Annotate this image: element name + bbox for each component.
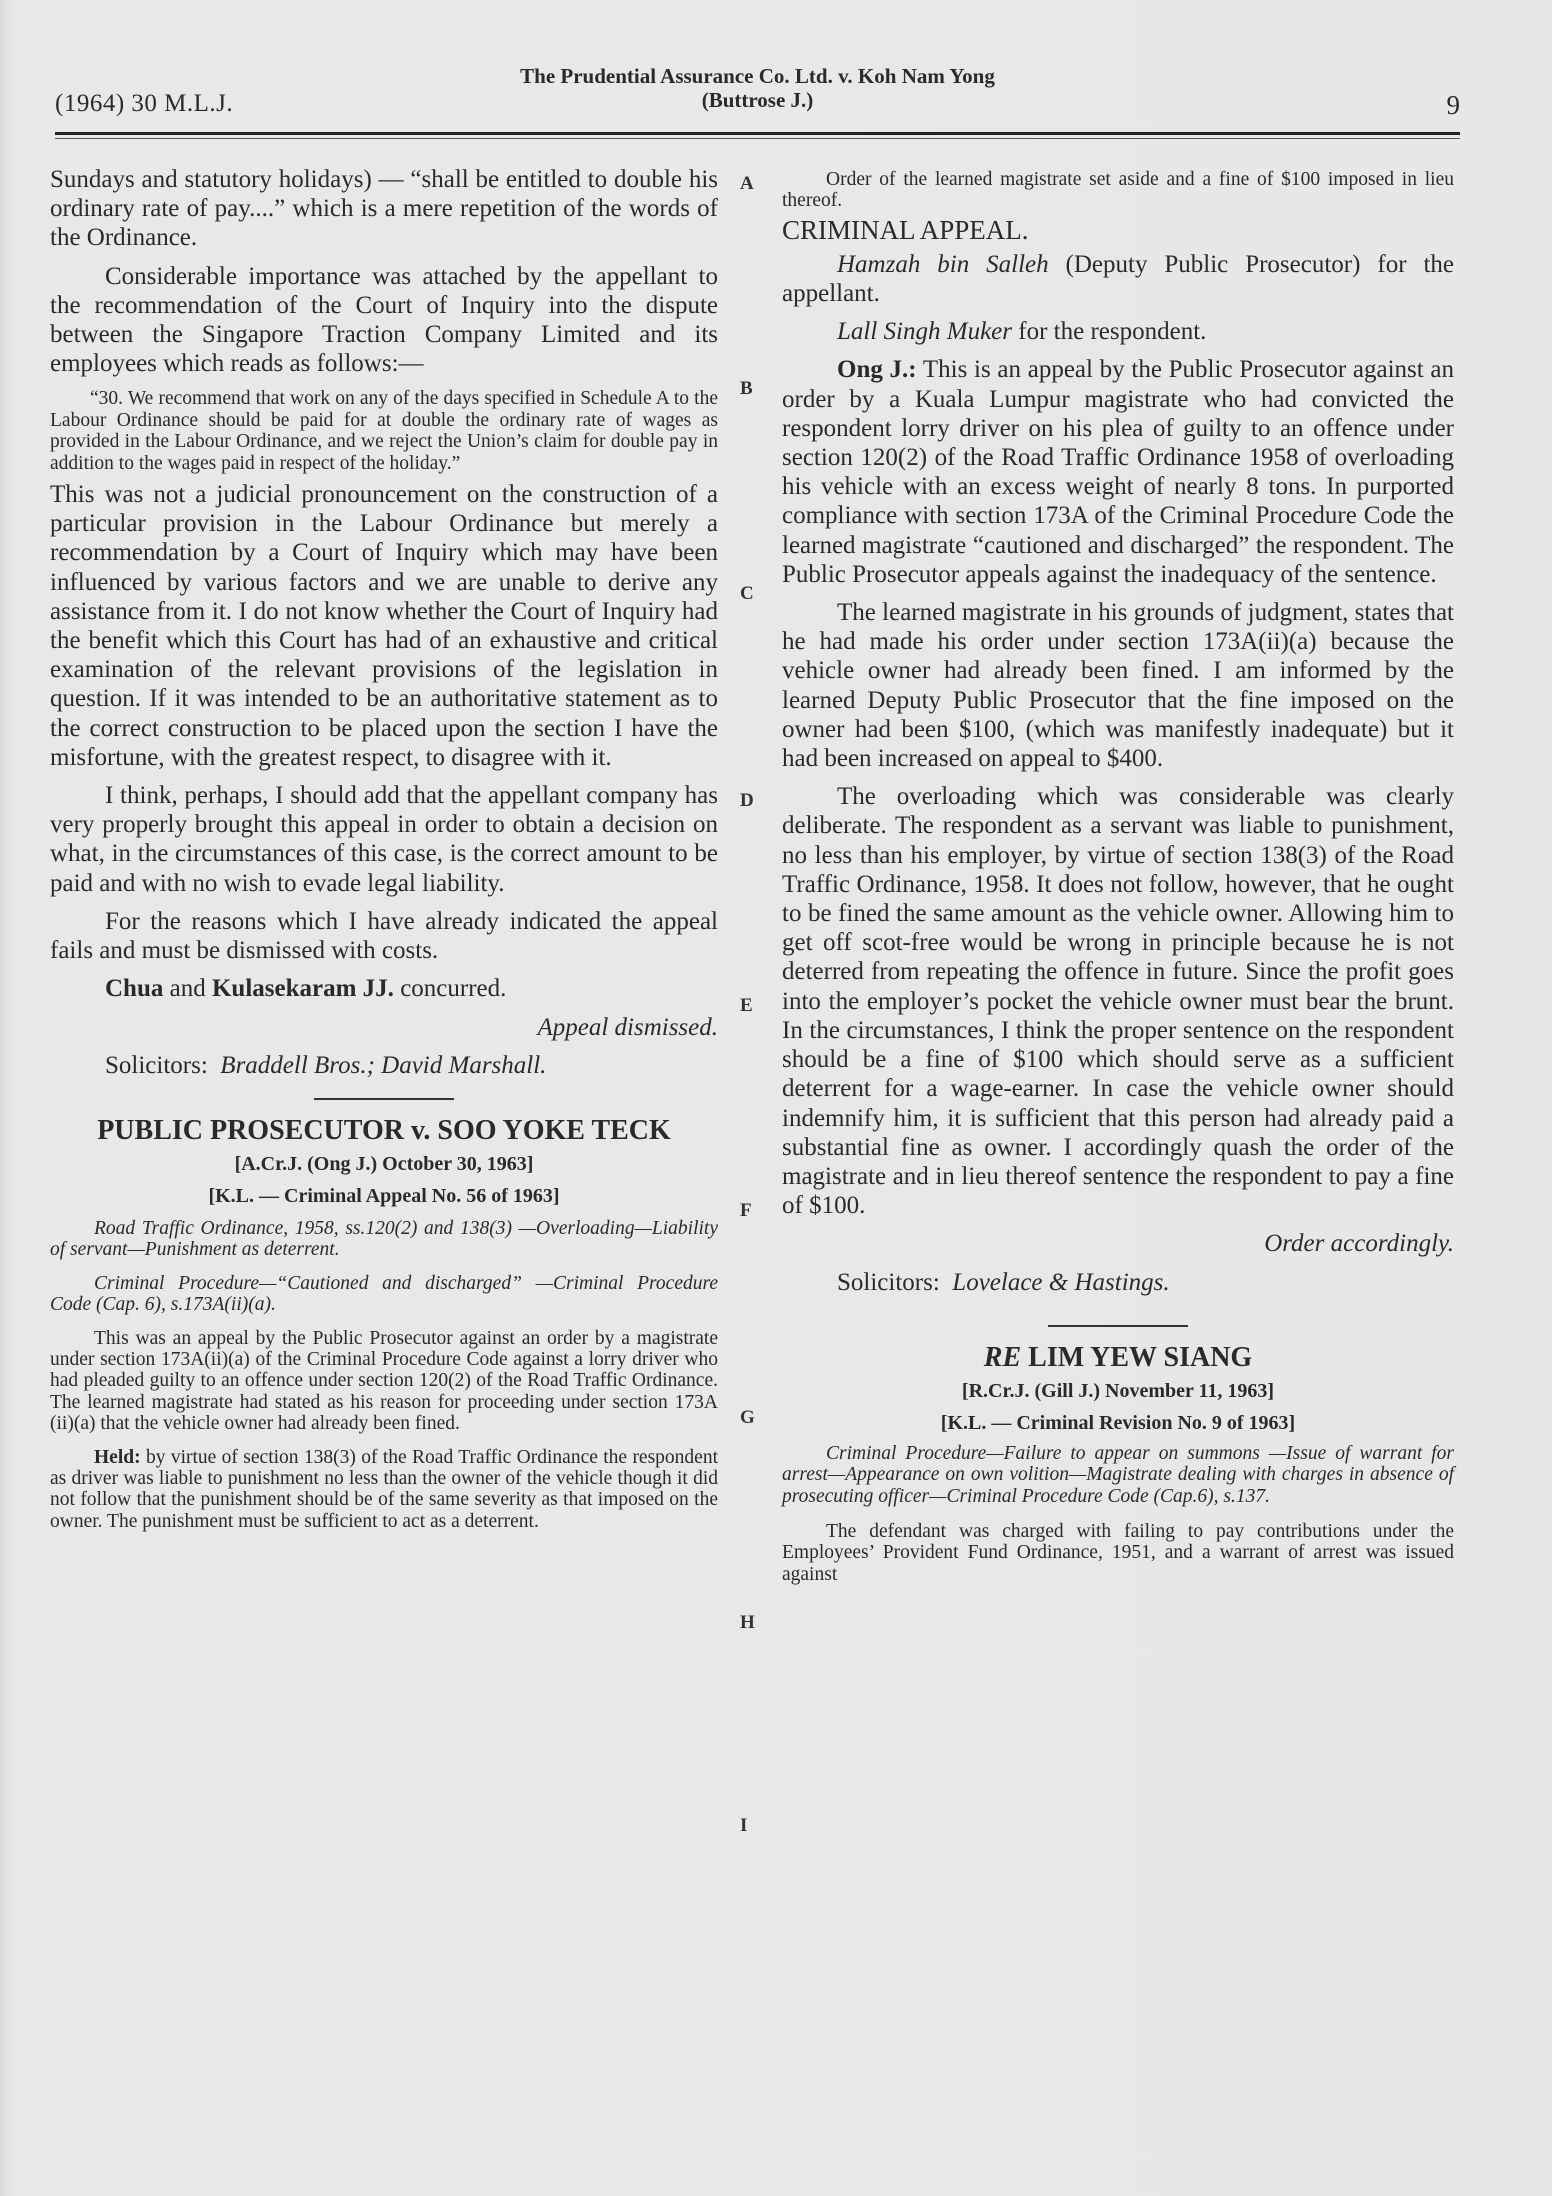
margin-letter-b: B <box>740 378 753 400</box>
margin-letter-i: I <box>740 1815 747 1837</box>
case-court-date: [A.Cr.J. (Ong J.) October 30, 1963] <box>50 1148 718 1180</box>
case-title: RE LIM YEW SIANG <box>782 1341 1454 1375</box>
block-quote: “30. We recommend that work on any of th… <box>50 388 718 474</box>
order-summary: Order of the learned magistrate set asid… <box>782 169 1454 212</box>
judgment-paragraph: Ong J.: This is an appeal by the Public … <box>782 355 1454 589</box>
solicitors: Solicitors: Braddell Bros.; David Marsha… <box>50 1051 718 1080</box>
case-title: PUBLIC PROSECUTOR v. SOO YOKE TECK <box>50 1114 718 1148</box>
margin-letter-c: C <box>740 583 754 605</box>
page-number: 9 <box>1447 90 1461 121</box>
judgment-paragraph: The learned magistrate in his grounds of… <box>782 598 1454 773</box>
margin-letter-e: E <box>740 995 753 1017</box>
counsel-appellant: Hamzah bin Salleh (Deputy Public Prosecu… <box>782 250 1454 308</box>
paragraph: For the reasons which I have already ind… <box>50 907 718 965</box>
margin-letter-h: H <box>740 1612 755 1634</box>
headnote: The defendant was charged with failing t… <box>782 1521 1454 1585</box>
margin-letter-f: F <box>740 1200 752 1222</box>
case-number: [K.L. — Criminal Revision No. 9 of 1963] <box>782 1407 1454 1439</box>
case-number: [K.L. — Criminal Appeal No. 56 of 1963] <box>50 1180 718 1212</box>
catchwords: Criminal Procedure—Failure to appear on … <box>782 1443 1454 1507</box>
disposition: Appeal dismissed. <box>50 1013 718 1042</box>
running-title: The Prudential Assurance Co. Ltd. v. Koh… <box>55 64 1460 112</box>
counsel-respondent: Lall Singh Muker for the respondent. <box>782 317 1454 346</box>
paragraph: This was not a judicial pronouncement on… <box>50 480 718 772</box>
case-court-date: [R.Cr.J. (Gill J.) November 11, 1963] <box>782 1375 1454 1407</box>
margin-letter-a: A <box>740 173 754 195</box>
paragraph: I think, perhaps, I should add that the … <box>50 781 718 898</box>
catchwords: Road Traffic Ordinance, 1958, ss.120(2) … <box>50 1218 718 1261</box>
header-rule-thin <box>55 138 1460 139</box>
proceeding-type: CRIMINAL APPEAL. <box>782 214 1454 246</box>
section-divider <box>1048 1325 1188 1327</box>
running-header: (1964) 30 M.L.J. The Prudential Assuranc… <box>55 62 1460 132</box>
section-divider <box>314 1098 454 1100</box>
judgment-paragraph: The overloading which was considerable w… <box>782 782 1454 1220</box>
left-column: Sundays and statutory holidays) — “shall… <box>50 165 718 1532</box>
solicitors: Solicitors: Lovelace & Hastings. <box>782 1268 1454 1297</box>
margin-letter-g: G <box>740 1407 755 1429</box>
paragraph: Considerable importance was attached by … <box>50 262 718 379</box>
catchwords: Criminal Procedure—“Cautioned and discha… <box>50 1273 718 1316</box>
right-column: Order of the learned magistrate set asid… <box>782 165 1454 1585</box>
running-title-line2: (Buttrose J.) <box>55 88 1460 112</box>
headnote: This was an appeal by the Public Prosecu… <box>50 1328 718 1435</box>
running-title-line1: The Prudential Assurance Co. Ltd. v. Koh… <box>55 64 1460 88</box>
concurrence: Chua and Kulasekaram JJ. concurred. <box>50 974 718 1003</box>
disposition: Order accordingly. <box>782 1229 1454 1258</box>
margin-letter-d: D <box>740 790 754 812</box>
held: Held: by virtue of section 138(3) of the… <box>50 1447 718 1533</box>
header-rule-thick <box>55 132 1460 135</box>
paragraph: Sundays and statutory holidays) — “shall… <box>50 165 718 253</box>
document-page: (1964) 30 M.L.J. The Prudential Assuranc… <box>0 0 1552 2196</box>
